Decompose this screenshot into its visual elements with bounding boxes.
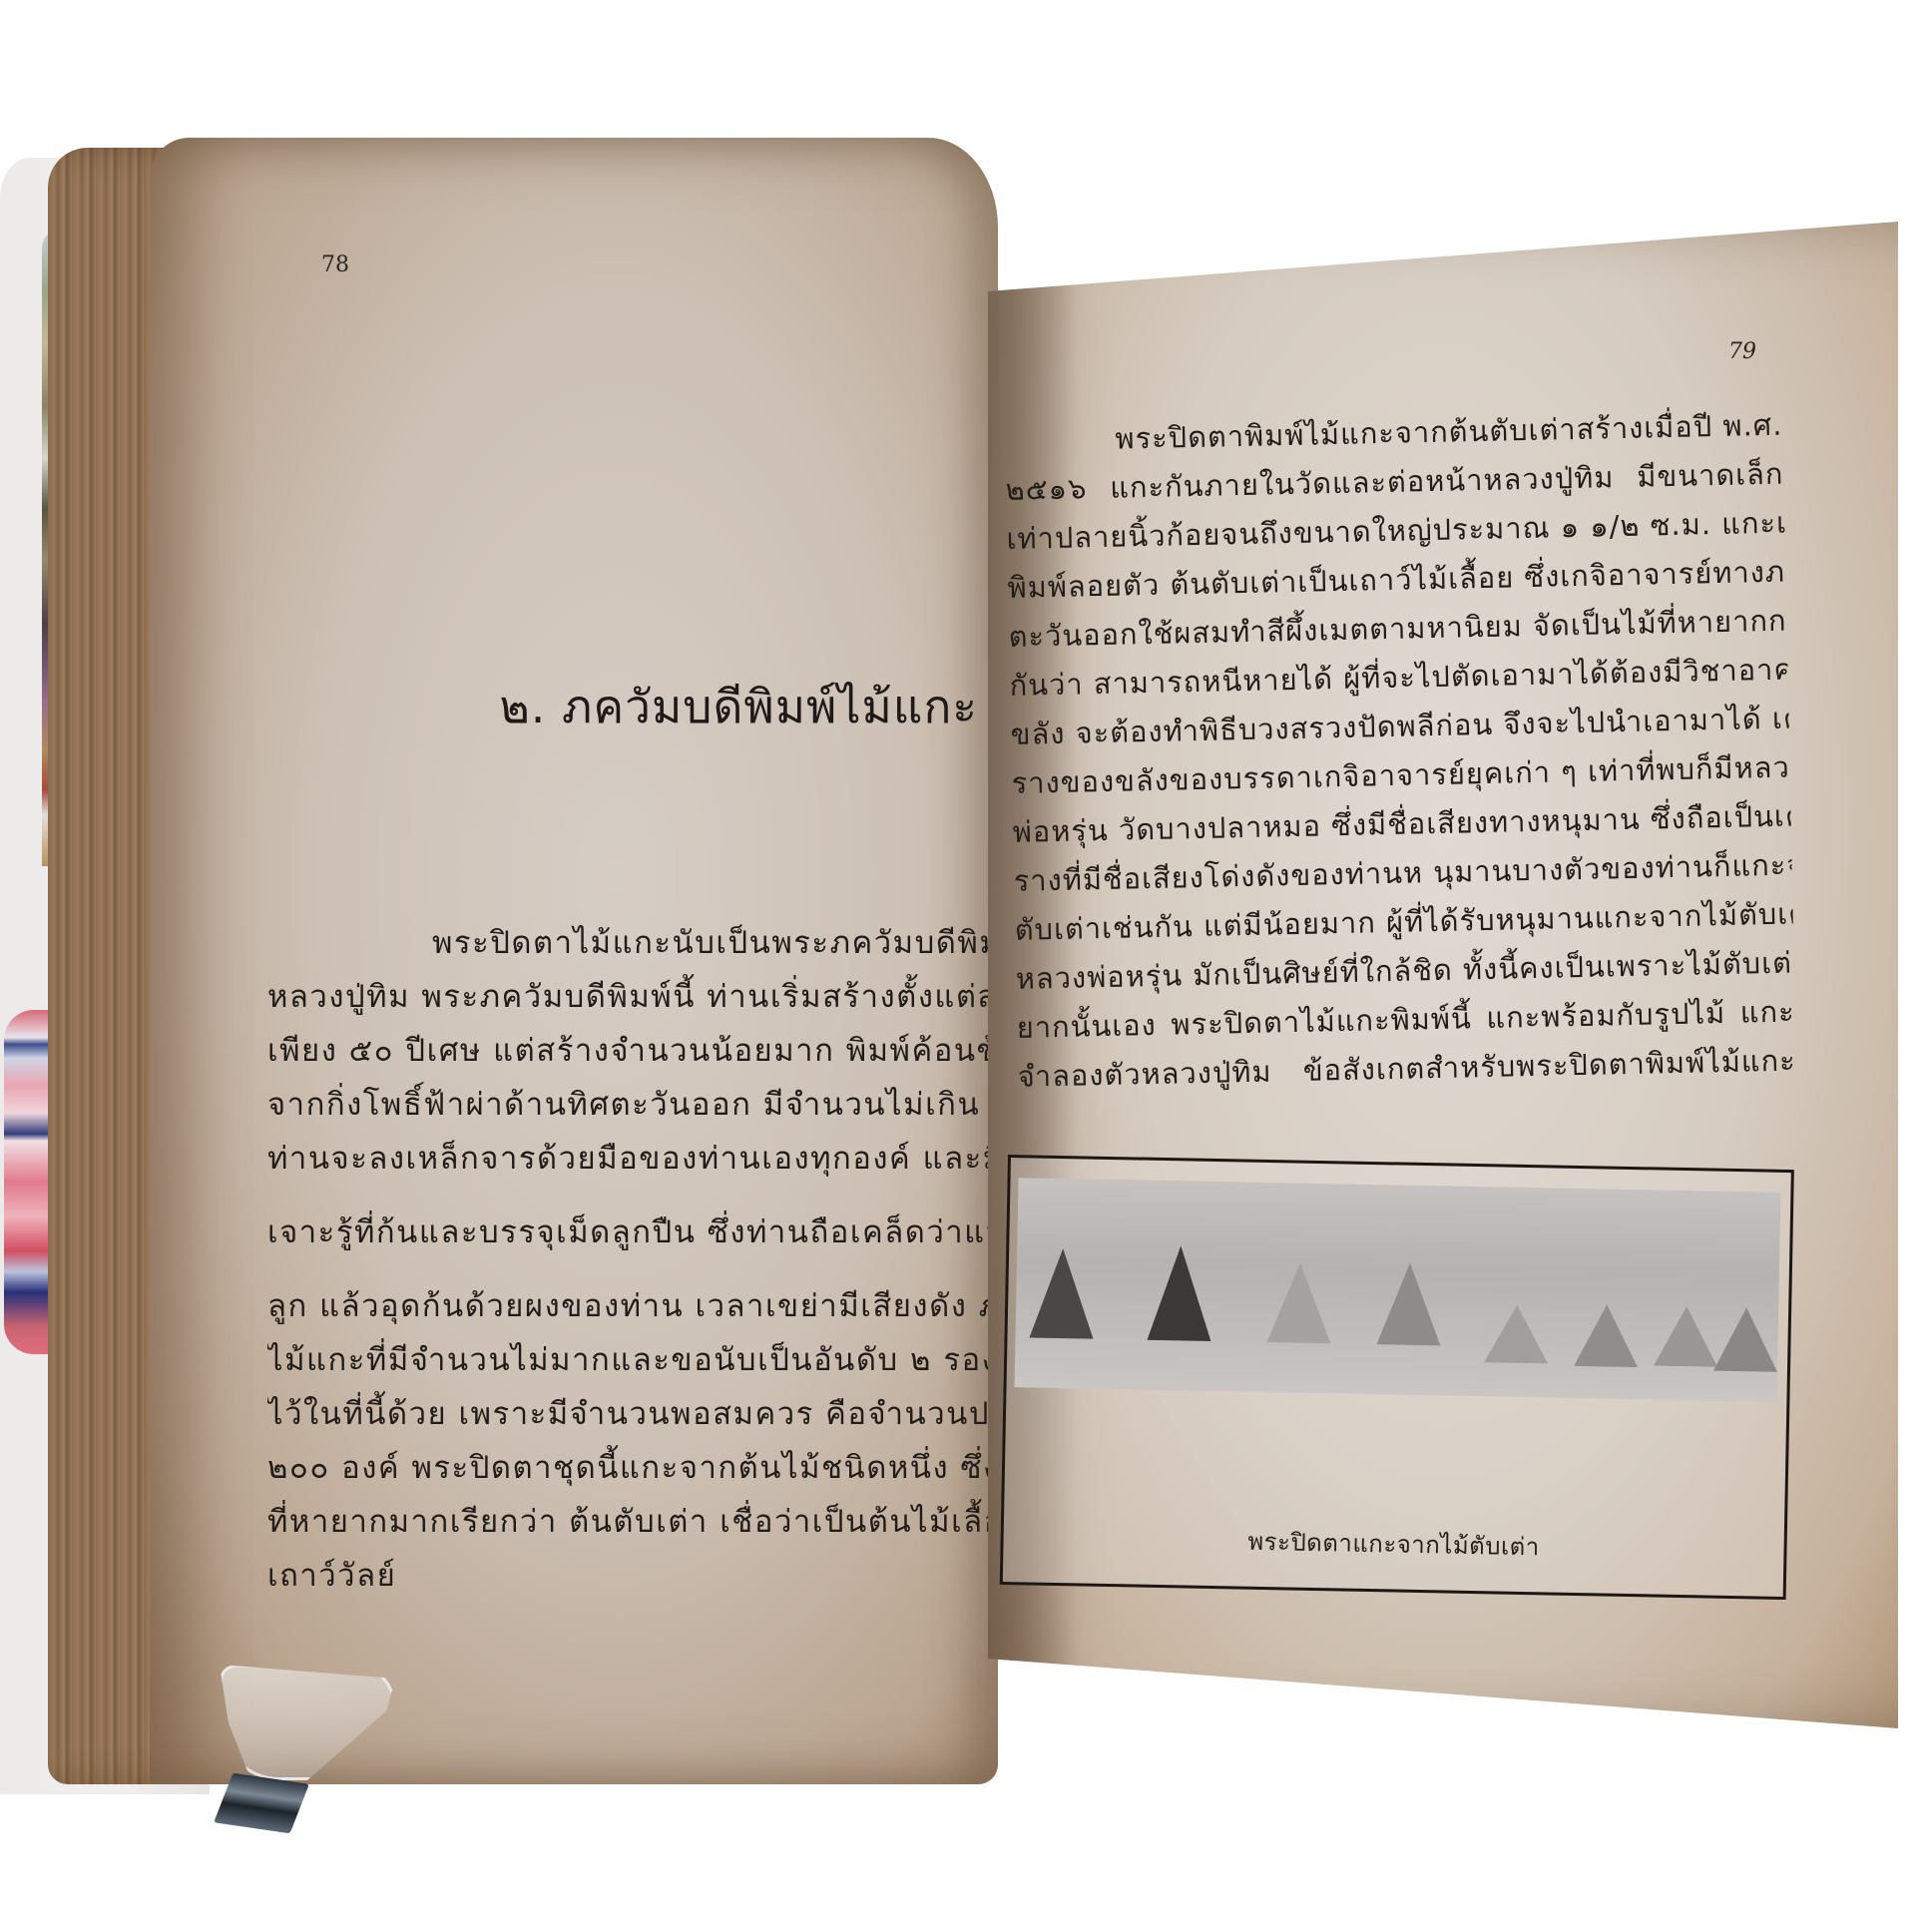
amulet-figure [1376,1262,1442,1345]
text-line: พระปิดตาไม้แกะนับเป็นพระภควัมบดีพิมพ์แรก [267,916,1026,970]
cover-artwork-strip-bottom [4,1010,54,1354]
page-number-left: 78 [321,252,349,277]
text-line: ไว้ในที่นี้ด้วย เพราะมีจำนวนพอสมควร คือจ… [267,1387,1026,1441]
left-page: 78 ๒. ภควัมบดีพิมพ์ไม้แกะ พระปิดตาไม้แกะ… [150,138,998,1784]
amulet-figure [1713,1307,1778,1372]
figure-frame: พระปิดตาแกะจากไม้ตับเต่า [1000,1155,1794,1600]
text-line: เถาว์วัลย์ [267,1549,1026,1603]
text-line: เจาะรู้ที่ก้นและบรรจุเม็ดลูกปืน ซึ่งท่าน… [267,1206,1026,1259]
page-number-right: 79 [1728,339,1756,364]
amulet-figure [1654,1305,1718,1366]
amulet-figure [1574,1304,1639,1367]
photo-scene: 78 ๒. ภควัมบดีพิมพ์ไม้แกะ พระปิดตาไม้แกะ… [0,0,1932,1932]
text-line: จากกิ่งโพธิ์ฟ้าผ่าด้านทิศตะวันออก มีจำนว… [267,1078,1026,1132]
amulet-figure [1147,1245,1212,1341]
left-page-body: พระปิดตาไม้แกะนับเป็นพระภควัมบดีพิมพ์แรก… [267,916,1026,1603]
chapter-title: ๒. ภควัมบดีพิมพ์ไม้แกะ [499,671,978,743]
right-page-body: พระปิดตาพิมพ์ไม้แกะจากต้นตับเต่าสร้างเมื… [1004,401,1796,1102]
right-page: 79 พระปิดตาพิมพ์ไม้แกะจากต้นตับเต่าสร้าง… [988,222,1898,1728]
text-line: เพียง ๕๐ ปีเศษ แต่สร้างจำนวนน้อยมาก พิมพ… [267,1024,1026,1078]
text-line: หลวงปู่ทิม พระภควัมบดีพิมพ์นี้ ท่านเริ่ม… [267,970,1026,1024]
amulet-figure [1029,1247,1095,1338]
amulet-figure [1266,1262,1332,1343]
amulet-photo [1015,1178,1781,1402]
text-line: ๒๐๐ องค์ พระปิดตาชุดนี้แกะจากต้นไม้ชนิดห… [267,1441,1026,1495]
text-line: ไม้แกะที่มีจำนวนไม่มากและขอนับเป็นอันดับ… [267,1333,1026,1387]
text-line: ลูก แล้วอุดก้นด้วยผงของท่าน เวลาเขย่ามีเ… [267,1279,1026,1333]
text-line: ท่านจะลงเหล็กจารด้วยมือของท่านเองทุกองค์… [267,1132,1026,1186]
text-line: ที่หายากมากเรียกว่า ต้นตับเต่า เชื่อว่าเ… [267,1495,1026,1549]
amulet-figure [1484,1304,1549,1363]
figure-caption: พระปิดตาแกะจากไม้ตับเต่า [1003,1517,1784,1571]
